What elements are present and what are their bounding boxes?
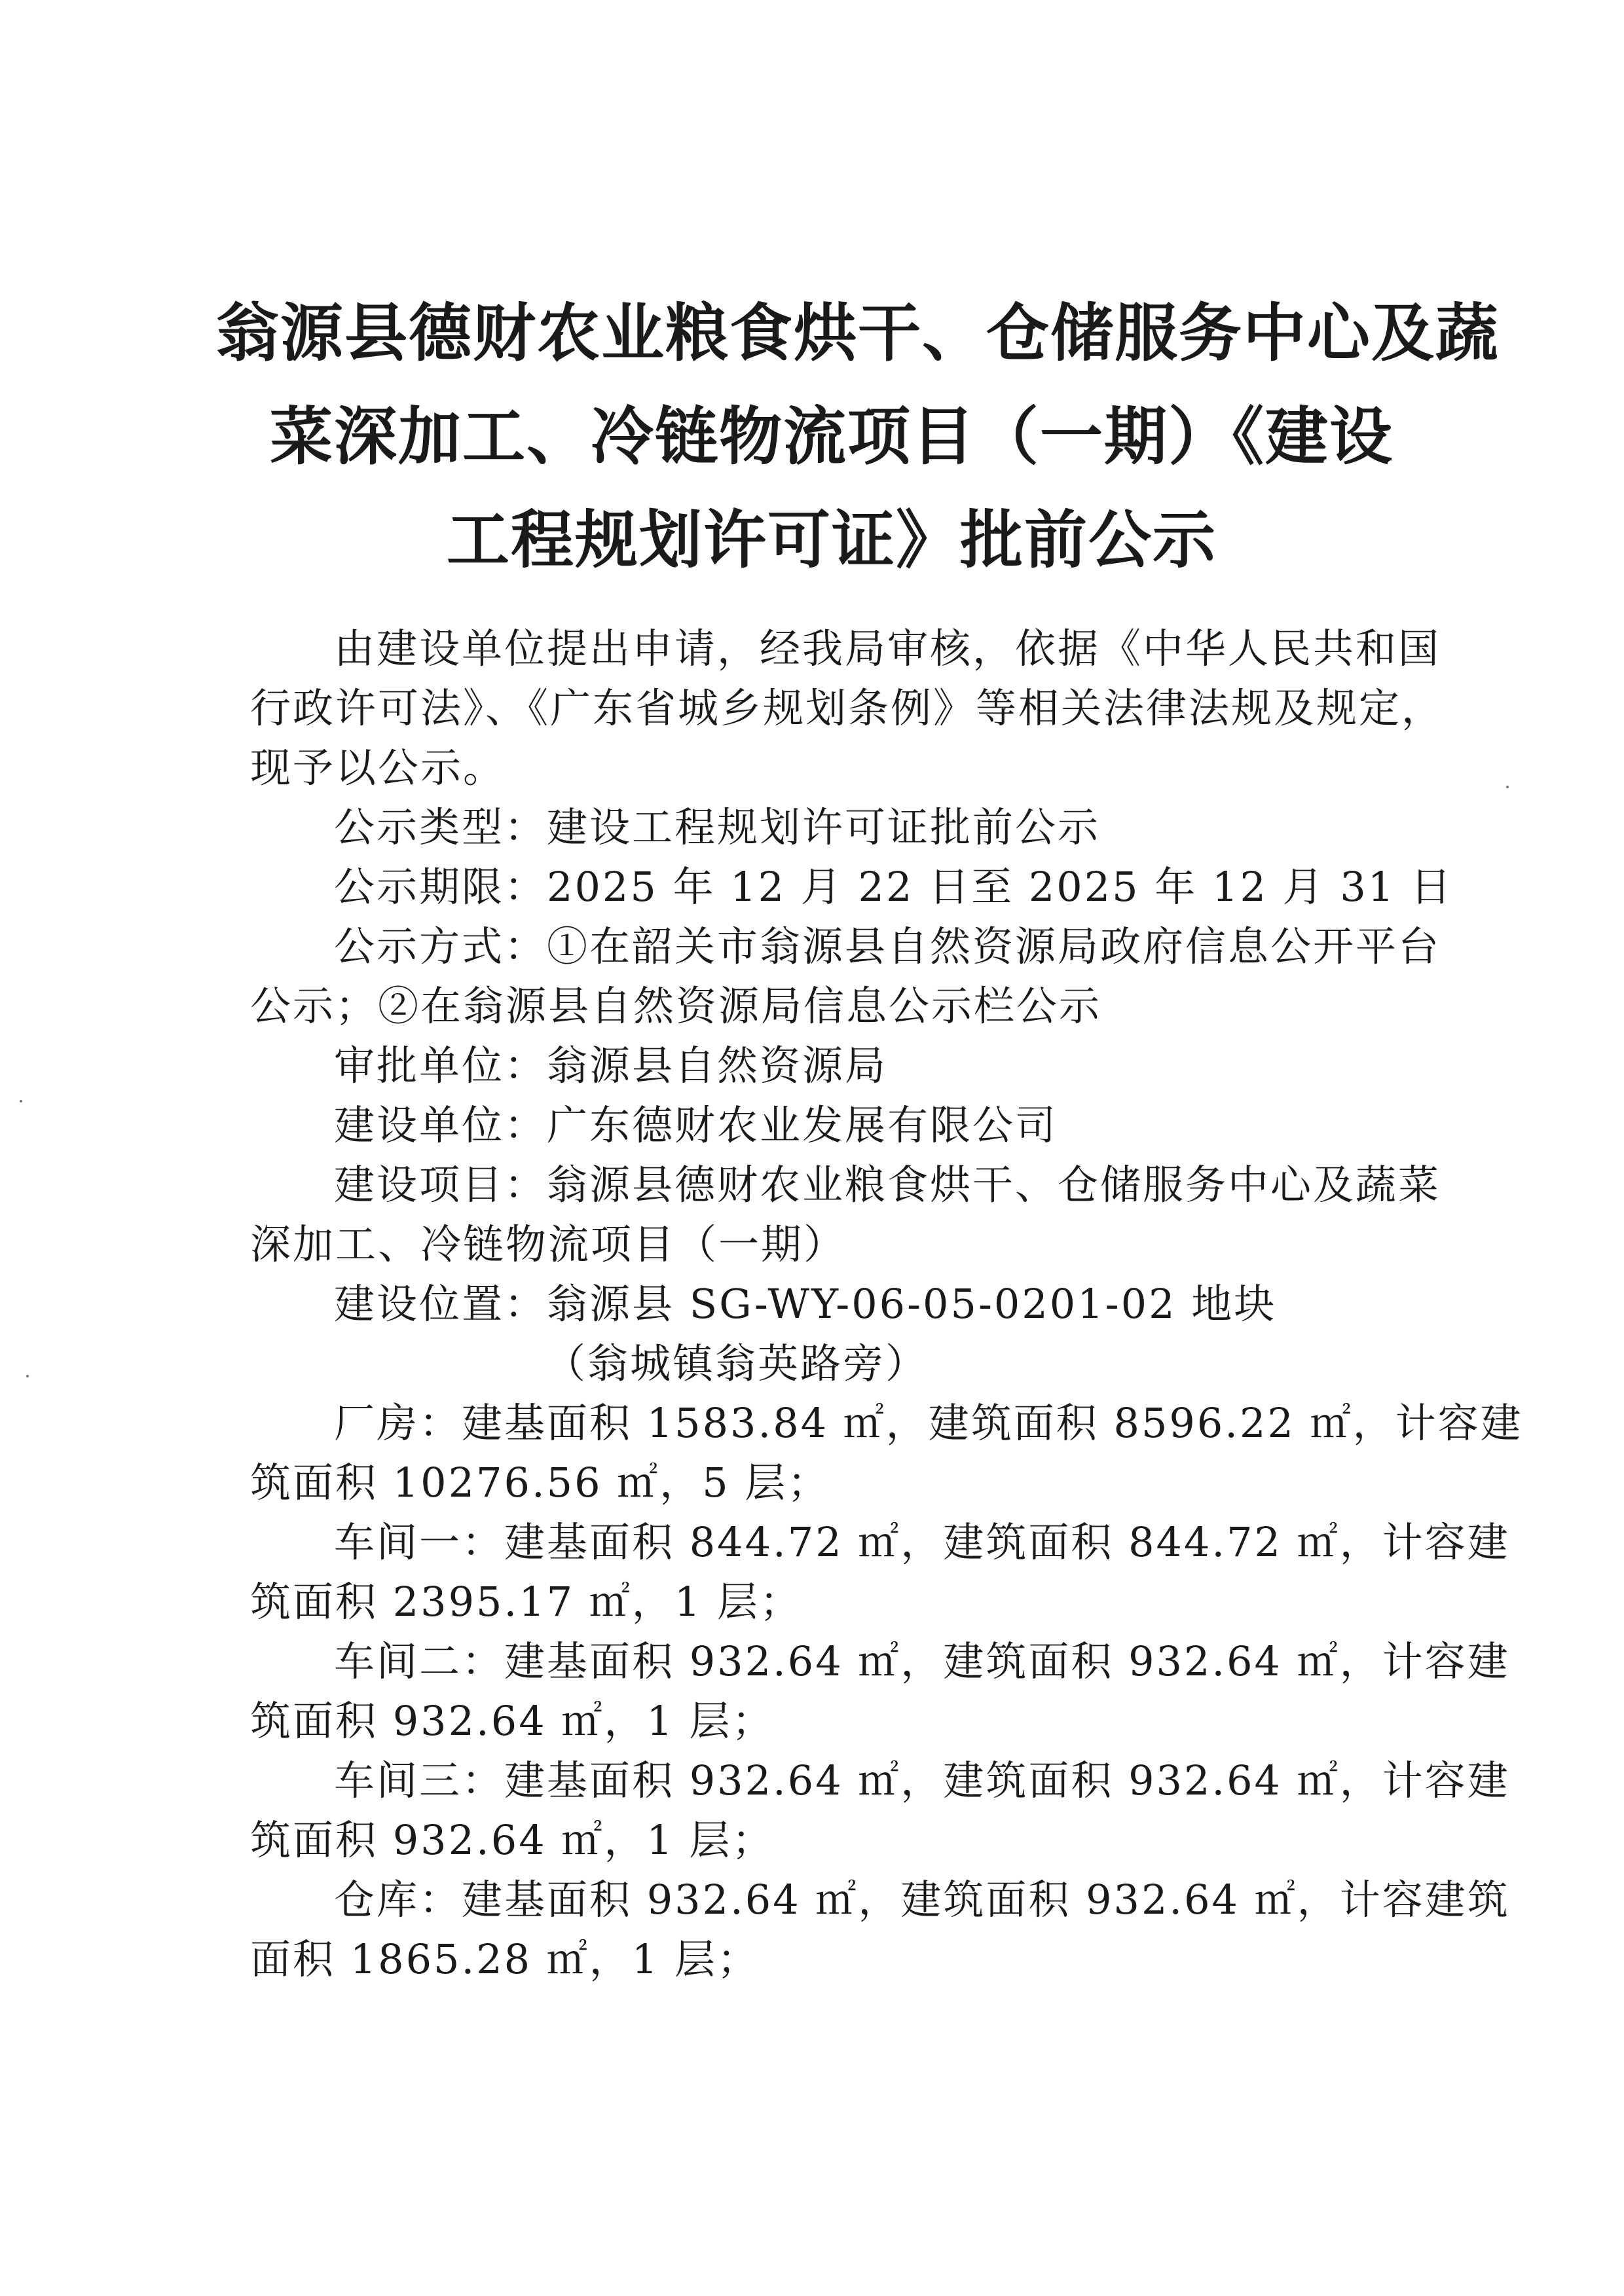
scan-speck — [1506, 786, 1509, 788]
intro-line-2: 行政许可法》、《广东省城乡规划条例》等相关法律法规及规定， — [250, 678, 1429, 738]
notice-period: 公示期限：2025 年 12 月 22 日至 2025 年 12 月 31 日 — [250, 857, 1429, 917]
approval-unit: 审批单位：翁源县自然资源局 — [250, 1036, 1429, 1095]
building-factory: 厂房：建基面积 1583.84 ㎡，建筑面积 8596.22 ㎡，计容建 筑面积… — [250, 1393, 1429, 1512]
scan-speck — [26, 1375, 29, 1377]
construction-unit: 建设单位：广东德财农业发展有限公司 — [250, 1095, 1429, 1155]
construction-project-line-1: 建设项目：翁源县德财农业粮食烘干、仓储服务中心及蔬菜 — [250, 1155, 1429, 1214]
building-line-2: 筑面积 2395.17 ㎡，1 层； — [250, 1572, 1429, 1631]
notice-method-line-1: 公示方式：①在韶关市翁源县自然资源局政府信息公开平台 — [250, 917, 1429, 976]
building-workshop-3: 车间三：建基面积 932.64 ㎡，建筑面积 932.64 ㎡，计容建 筑面积 … — [250, 1751, 1429, 1870]
title-line-2: 菜深加工、冷链物流项目（一期）《建设 — [216, 385, 1447, 488]
intro-line-1: 由建设单位提出申请，经我局审核，依据《中华人民共和国 — [250, 619, 1429, 678]
notice-method-line-2: 公示；②在翁源县自然资源局信息公示栏公示 — [250, 976, 1429, 1036]
construction-location-line-2: （翁城镇翁英路旁） — [250, 1334, 1429, 1393]
building-line-2: 面积 1865.28 ㎡，1 层； — [250, 1929, 1429, 1989]
building-line-1: 车间三：建基面积 932.64 ㎡，建筑面积 932.64 ㎡，计容建 — [250, 1751, 1429, 1810]
building-line-1: 车间二：建基面积 932.64 ㎡，建筑面积 932.64 ㎡，计容建 — [250, 1631, 1429, 1691]
building-line-2: 筑面积 10276.56 ㎡，5 层； — [250, 1453, 1429, 1512]
document-body: 由建设单位提出申请，经我局审核，依据《中华人民共和国 行政许可法》、《广东省城乡… — [250, 619, 1429, 1989]
intro-paragraph: 由建设单位提出申请，经我局审核，依据《中华人民共和国 行政许可法》、《广东省城乡… — [250, 619, 1429, 797]
title-line-3: 工程规划许可证》批前公示 — [216, 488, 1447, 592]
intro-line-3: 现予以公示。 — [250, 738, 1429, 797]
construction-location-line-1: 建设位置：翁源县 SG-WY-06-05-0201-02 地块 — [250, 1274, 1429, 1334]
building-workshop-1: 车间一：建基面积 844.72 ㎡，建筑面积 844.72 ㎡，计容建 筑面积 … — [250, 1512, 1429, 1631]
building-line-1: 厂房：建基面积 1583.84 ㎡，建筑面积 8596.22 ㎡，计容建 — [250, 1393, 1429, 1453]
building-line-1: 仓库：建基面积 932.64 ㎡，建筑面积 932.64 ㎡，计容建筑 — [250, 1870, 1429, 1929]
building-warehouse: 仓库：建基面积 932.64 ㎡，建筑面积 932.64 ㎡，计容建筑 面积 1… — [250, 1870, 1429, 1989]
document-title: 翁源县德财农业粮食烘干、仓储服务中心及蔬 菜深加工、冷链物流项目（一期）《建设 … — [216, 282, 1447, 592]
construction-location: 建设位置：翁源县 SG-WY-06-05-0201-02 地块 （翁城镇翁英路旁… — [250, 1274, 1429, 1393]
title-line-1: 翁源县德财农业粮食烘干、仓储服务中心及蔬 — [216, 282, 1447, 385]
building-line-1: 车间一：建基面积 844.72 ㎡，建筑面积 844.72 ㎡，计容建 — [250, 1512, 1429, 1572]
notice-type: 公示类型：建设工程规划许可证批前公示 — [250, 797, 1429, 857]
building-workshop-2: 车间二：建基面积 932.64 ㎡，建筑面积 932.64 ㎡，计容建 筑面积 … — [250, 1631, 1429, 1751]
building-line-2: 筑面积 932.64 ㎡，1 层； — [250, 1810, 1429, 1870]
building-line-2: 筑面积 932.64 ㎡，1 层； — [250, 1691, 1429, 1751]
construction-project: 建设项目：翁源县德财农业粮食烘干、仓储服务中心及蔬菜 深加工、冷链物流项目（一期… — [250, 1155, 1429, 1274]
scan-speck — [20, 1100, 22, 1102]
construction-project-line-2: 深加工、冷链物流项目（一期） — [250, 1214, 1429, 1274]
notice-method: 公示方式：①在韶关市翁源县自然资源局政府信息公开平台 公示；②在翁源县自然资源局… — [250, 917, 1429, 1036]
